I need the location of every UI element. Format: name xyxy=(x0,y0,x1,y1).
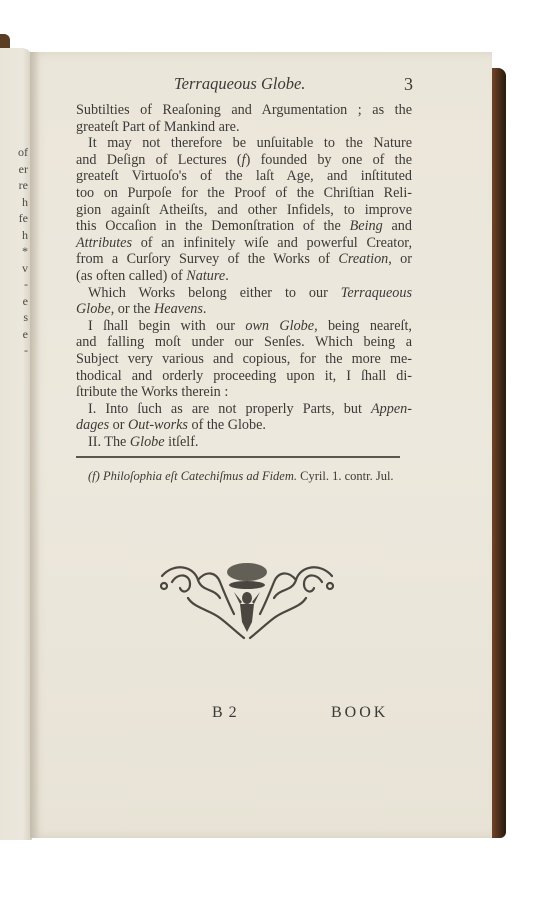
text-run: Subject very various and copious, for th… xyxy=(76,351,412,367)
text-line: Globe, or the Heavens. xyxy=(76,301,412,318)
text-line: Subtilties of Reaſoning and Argumentatio… xyxy=(76,102,412,119)
text-line: from a Curſory Survey of the Works of Cr… xyxy=(76,251,412,268)
footnote-rule xyxy=(76,456,400,458)
signature-mark: B 2 xyxy=(212,704,238,722)
text-line: (as often called) of Nature. xyxy=(76,268,412,285)
text-line: this Occaſion in the Demonſtration of th… xyxy=(76,218,412,235)
margin-fragment: e xyxy=(2,326,28,343)
text-line: and falling moſt under our Senſes. Which… xyxy=(76,334,412,351)
text-line: II. The Globe itſelf. xyxy=(76,434,412,451)
margin-fragment: h xyxy=(2,194,28,211)
footnote-marker: (f) xyxy=(88,469,103,483)
text-run: and Deſign of Lectures ( xyxy=(76,152,242,168)
italic-text: Out-works xyxy=(128,417,188,433)
italic-text: Globe xyxy=(76,301,111,317)
margin-fragment: - xyxy=(2,276,28,293)
running-head: Terraqueous Globe. xyxy=(174,74,305,94)
margin-fragment: - xyxy=(2,342,28,359)
margin-fragment: s xyxy=(2,309,28,326)
text-line: Attributes of an infinitely wiſe and pow… xyxy=(76,235,412,252)
margin-fragment: v xyxy=(2,260,28,277)
text-run: Which Works belong either to our xyxy=(88,285,341,301)
text-run: gion againſt Atheiſts, and other Infidel… xyxy=(76,202,412,218)
text-run: itſelf. xyxy=(165,434,199,450)
text-run: , or xyxy=(388,251,412,267)
margin-fragment: h xyxy=(2,227,28,244)
text-run: and falling moſt under our Senſes. Which… xyxy=(76,334,412,350)
text-line: Which Works belong either to our Terraqu… xyxy=(76,285,412,302)
book-page: Terraqueous Globe. 3 Subtilties of Reaſo… xyxy=(30,52,492,838)
italic-text: dages xyxy=(76,417,109,433)
text-run: of an infinitely wiſe and powerful Creat… xyxy=(132,235,412,251)
margin-fragment: of xyxy=(2,144,28,161)
margin-fragment: * xyxy=(2,243,28,260)
text-line: gion againſt Atheiſts, and other Infidel… xyxy=(76,202,412,219)
text-line: too on Purpoſe for the Proof of the Chri… xyxy=(76,185,412,202)
text-run: and xyxy=(383,218,412,234)
text-run: . xyxy=(225,268,229,284)
text-run: It may not therefore be unſuitable to th… xyxy=(88,135,412,151)
text-run: , being neareſt, xyxy=(314,318,412,334)
page-number: 3 xyxy=(404,74,413,95)
ornament-headpiece-icon xyxy=(154,558,340,644)
text-run: this Occaſion in the Demonſtration of th… xyxy=(76,218,350,234)
italic-text: Appen- xyxy=(371,401,412,417)
text-run: or xyxy=(109,417,128,433)
text-run: I. Into ſuch as are not properly Parts, … xyxy=(88,401,371,417)
text-run: of the Globe. xyxy=(188,417,266,433)
italic-text: Terraqueous xyxy=(341,285,412,301)
italic-text: Attributes xyxy=(76,235,132,251)
text-run: I ſhall begin with our xyxy=(88,318,245,334)
text-run: too on Purpoſe for the Proof of the Chri… xyxy=(76,185,412,201)
text-line: greateſt Part of Mankind are. xyxy=(76,119,412,136)
italic-text: Heavens xyxy=(154,301,203,317)
italic-text: Creation xyxy=(338,251,388,267)
text-line: It may not therefore be unſuitable to th… xyxy=(76,135,412,152)
text-line: I ſhall begin with our own Globe, being … xyxy=(76,318,412,335)
text-line: thodical and orderly proceeding upon it,… xyxy=(76,368,412,385)
text-run: ſtribute the Works therein : xyxy=(76,384,228,400)
footnote-italic-text: Philoſophia eſt Catechiſmus ad Fidem. xyxy=(103,469,297,483)
italic-text: Globe xyxy=(130,434,165,450)
body-text: Subtilties of Reaſoning and Argumentatio… xyxy=(76,102,412,450)
text-line: Subject very various and copious, for th… xyxy=(76,351,412,368)
catchword: BOOK xyxy=(331,704,388,722)
text-line: dages or Out-works of the Globe. xyxy=(76,417,412,434)
text-line: greateſt Virtuoſo's of the laſt Age, and… xyxy=(76,168,412,185)
left-page-edge: oferrehfeh*v-ese- xyxy=(0,48,32,840)
text-run: greateſt Part of Mankind are. xyxy=(76,119,240,135)
footnote-citation: Cyril. 1. contr. Jul. xyxy=(297,469,394,483)
text-run: II. The xyxy=(88,434,130,450)
text-run: (as often called) of xyxy=(76,268,186,284)
italic-text: Being xyxy=(350,218,383,234)
text-line: I. Into ſuch as are not properly Parts, … xyxy=(76,401,412,418)
text-line: and Deſign of Lectures (f) founded by on… xyxy=(76,152,412,169)
left-page-margin-text: oferrehfeh*v-ese- xyxy=(2,144,28,359)
text-run: ) founded by one of the xyxy=(246,152,412,168)
page-gutter-shadow xyxy=(30,52,40,838)
margin-fragment: fe xyxy=(2,210,28,227)
margin-fragment: er xyxy=(2,161,28,178)
text-run: Subtilties of Reaſoning and Argumentatio… xyxy=(76,102,412,118)
italic-text: own Globe xyxy=(245,318,314,334)
text-run: , or the xyxy=(111,301,154,317)
text-line: ſtribute the Works therein : xyxy=(76,384,412,401)
text-run: from a Curſory Survey of the Works of xyxy=(76,251,338,267)
text-run: thodical and orderly proceeding upon it,… xyxy=(76,368,412,384)
footnote: (f) Philoſophia eſt Catechiſmus ad Fidem… xyxy=(88,469,394,484)
text-run: greateſt Virtuoſo's of the laſt Age, and… xyxy=(76,168,412,184)
margin-fragment: e xyxy=(2,293,28,310)
italic-text: Nature xyxy=(186,268,225,284)
text-run: . xyxy=(203,301,207,317)
margin-fragment: re xyxy=(2,177,28,194)
